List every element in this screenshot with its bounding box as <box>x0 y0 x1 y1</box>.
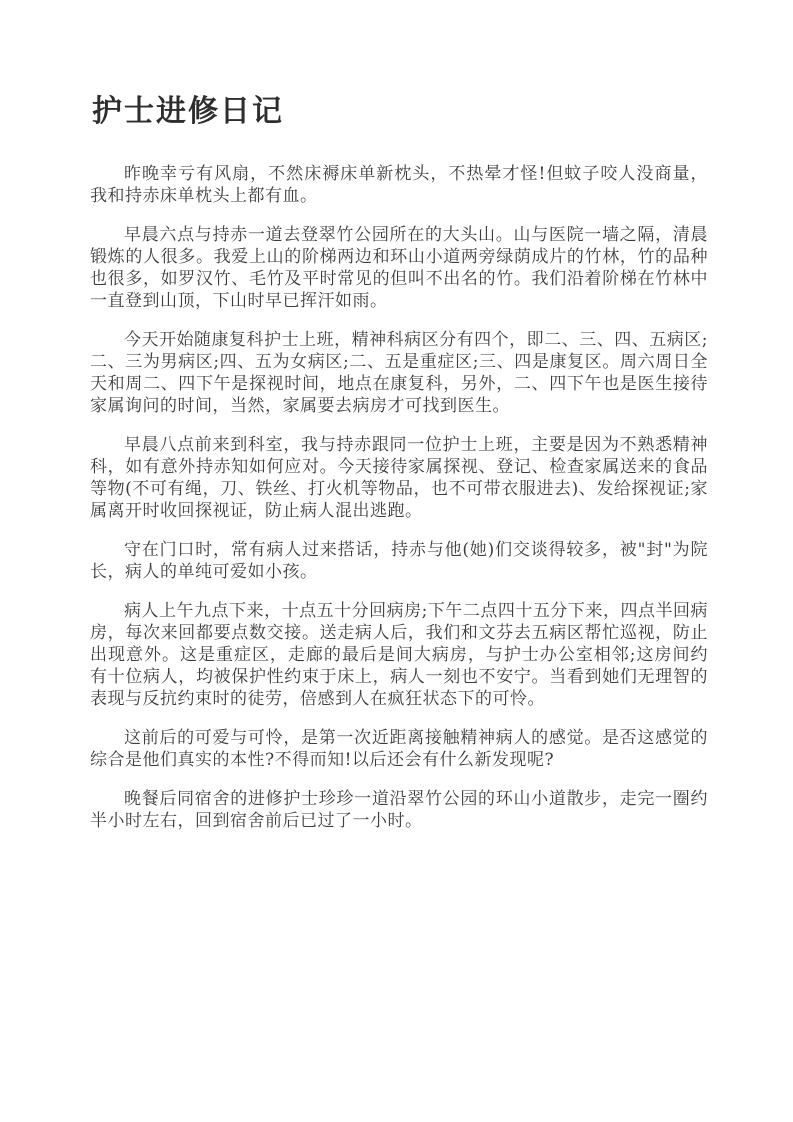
document-page: 护士进修日记 昨晚幸亏有风扇，不然床褥床单新枕头，不热晕才怪!但蚊子咬人没商量，… <box>0 0 793 1122</box>
paragraph: 这前后的可爱与可怜，是第一次近距离接触精神病人的感觉。是否这感觉的综合是他们真实… <box>90 727 708 771</box>
document-content: 护士进修日记 昨晚幸亏有风扇，不然床褥床单新枕头，不热晕才怪!但蚊子咬人没商量，… <box>90 93 708 832</box>
page-title: 护士进修日记 <box>92 93 708 131</box>
paragraph: 早晨八点前来到科室，我与持赤跟同一位护士上班，主要是因为不熟悉精神科，如有意外持… <box>90 434 708 522</box>
paragraph: 病人上午九点下来，十点五十分回病房;下午二点四十五分下来，四点半回病房，每次来回… <box>90 600 708 710</box>
paragraph: 早晨六点与持赤一道去登翠竹公园所在的大头山。山与医院一墙之隔，清晨锻炼的人很多。… <box>90 224 708 312</box>
paragraph: 今天开始随康复科护士上班，精神科病区分有四个，即二、三、四、五病区;二、三为男病… <box>90 329 708 417</box>
paragraph: 晚餐后同宿舍的进修护士珍珍一道沿翠竹公园的环山小道散步，走完一圈约半小时左右，回… <box>90 788 708 832</box>
paragraph: 守在门口时，常有病人过来搭话，持赤与他(她)们交谈得较多，被"封"为院长，病人的… <box>90 539 708 583</box>
paragraph: 昨晚幸亏有风扇，不然床褥床单新枕头，不热晕才怪!但蚊子咬人没商量，我和持赤床单枕… <box>90 163 708 207</box>
